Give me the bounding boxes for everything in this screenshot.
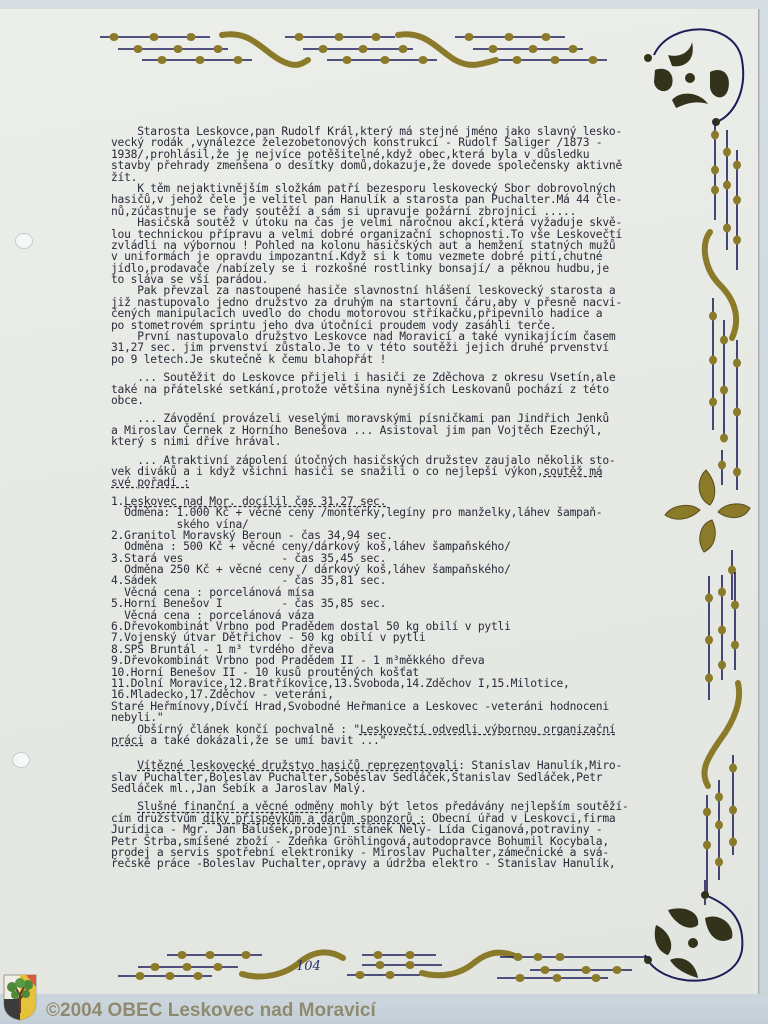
paragraph-line: vek diváků a i když všichni hasiči se sn…: [111, 466, 639, 477]
punch-hole-bottom: [12, 752, 30, 768]
punch-hole-top: [15, 233, 33, 249]
paragraph-line: který s nimi dříve hrával.: [111, 436, 639, 447]
paragraph-line: také na přátelské setkání,protože většin…: [111, 384, 639, 395]
coat-of-arms-icon: [2, 973, 38, 1021]
typewritten-article: Starosta Leskovce,pan Rudolf Král,který …: [111, 126, 639, 870]
paragraph-line: po 9 letech.Je skutečně k čemu blahopřát…: [111, 354, 639, 365]
paragraph-line: obce.: [111, 395, 639, 406]
page-number: 104: [296, 959, 321, 974]
result-line: Staré Heřmínovy,Dívčí Hrad,Svobodné Heřm…: [111, 701, 639, 712]
paragraph-line: své pořadí :: [111, 477, 639, 488]
sponsor-line: řečské práce -Boleslav Puchalter,opravy …: [111, 858, 639, 869]
paragraph-line: stavby přehrady zmenšena o desítky domů,…: [111, 160, 639, 171]
closing-line: práci a také dokázali,že se umí bavit ..…: [111, 735, 639, 746]
team-line: Sedláček ml.,Jan Šebík a Jaroslav Malý.: [111, 783, 639, 794]
copyright-watermark: ©2004 OBEC Leskovec nad Moravicí: [46, 1000, 376, 1022]
